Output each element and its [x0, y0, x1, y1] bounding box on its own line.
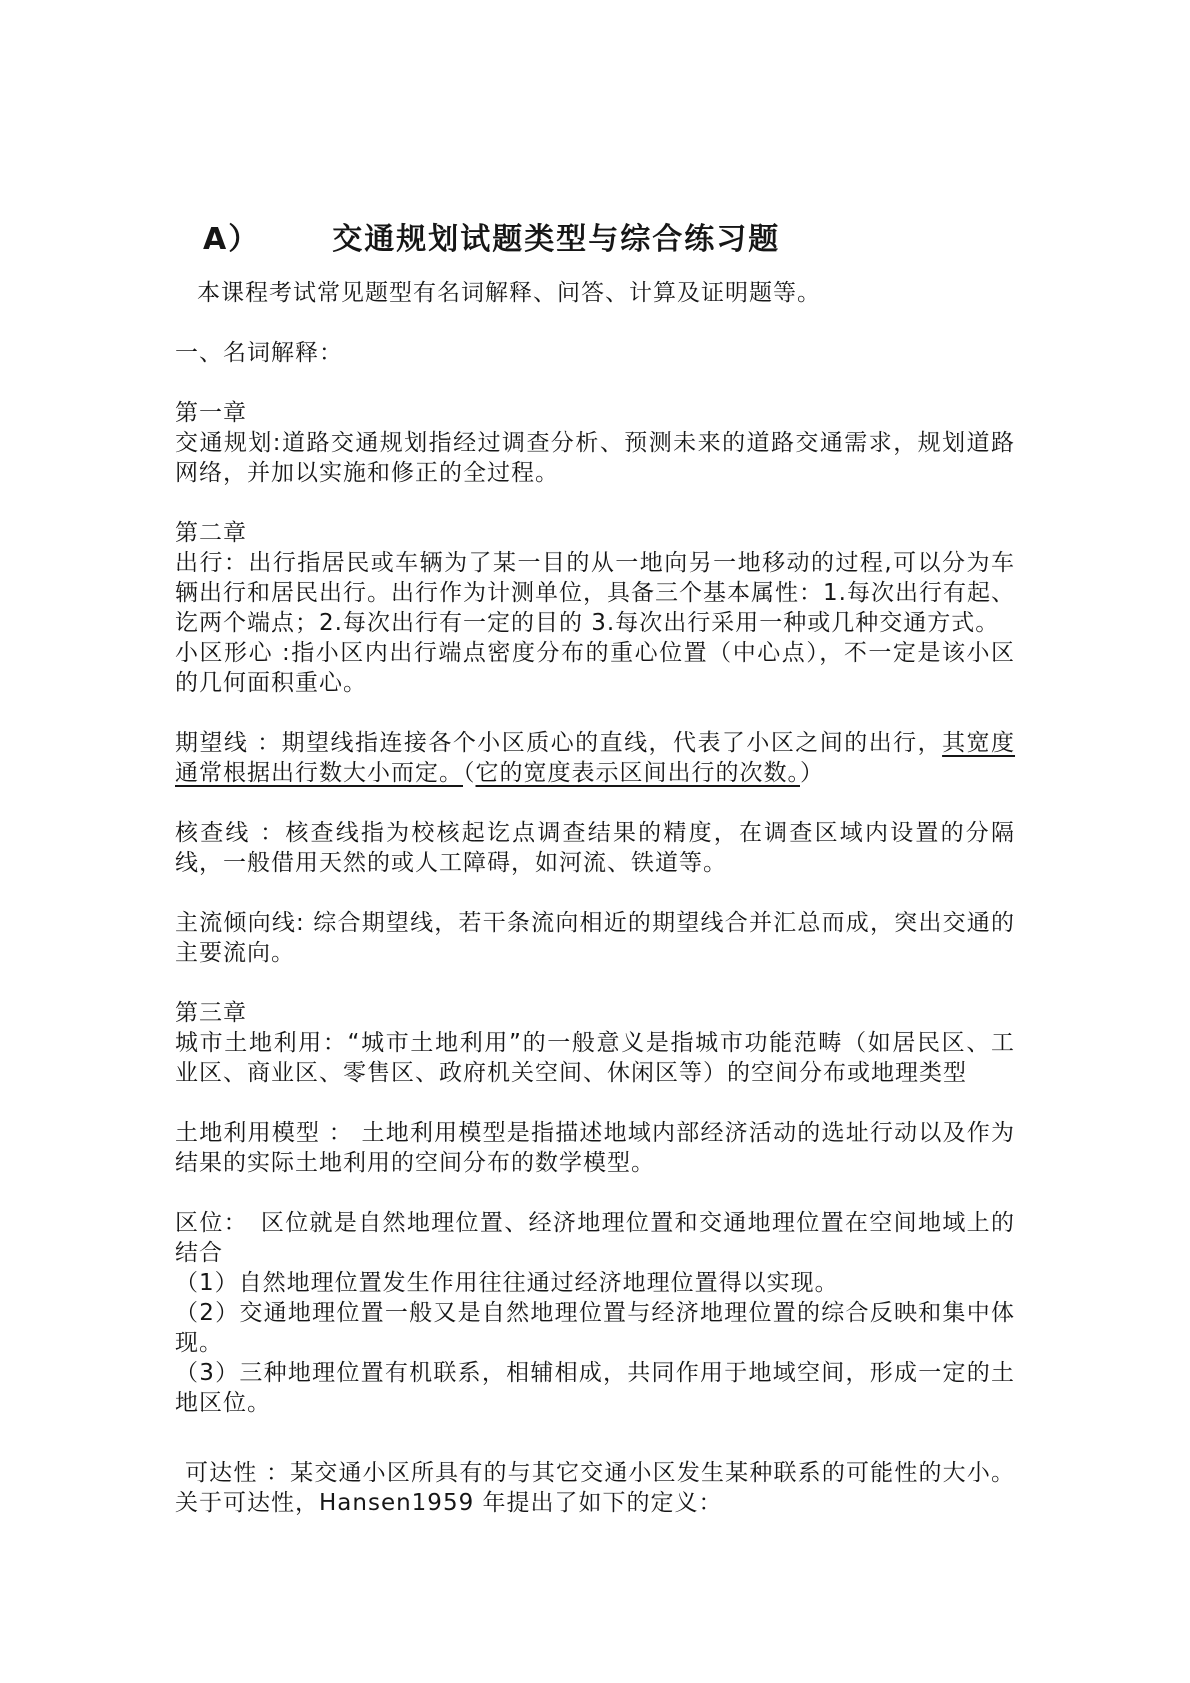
para-trip-definition: 出行：出行指居民或车辆为了某一目的从一地向另一地移动的过程,可以分为车辆出行和居…	[175, 548, 1015, 638]
para-location-item-3: （3）三种地理位置有机联系，相辅相成，共同作用于地域空间，形成一定的土地区位。	[175, 1358, 1015, 1418]
chapter-3-heading: 第三章	[175, 998, 1015, 1028]
chapter-2-heading: 第二章	[175, 518, 1015, 548]
desire-line-text-2: （	[463, 760, 476, 786]
para-main-flow-line: 主流倾向线: 综合期望线，若干条流向相近的期望线合并汇总而成，突出交通的主要流向…	[175, 908, 1015, 968]
chapter-2-block: 第二章 出行：出行指居民或车辆为了某一目的从一地向另一地移动的过程,可以分为车辆…	[175, 518, 1015, 698]
location-block: 区位： 区位就是自然地理位置、经济地理位置和交通地理位置在空间地域上的结合 （1…	[175, 1208, 1015, 1418]
para-location-intro: 区位： 区位就是自然地理位置、经济地理位置和交通地理位置在空间地域上的结合	[175, 1208, 1015, 1268]
para-accessibility: 可达性 ：某交通小区所具有的与其它交通小区发生某种联系的可能性的大小。关于可达性…	[175, 1458, 1015, 1518]
desire-line-underline-2: 它的宽度表示区间出行的次数。	[476, 760, 801, 786]
desire-line-text-3: ）	[800, 760, 824, 786]
para-screen-line: 核查线 ：核查线指为校核起讫点调查结果的精度，在调查区域内设置的分隔线，一般借用…	[175, 818, 1015, 878]
para-zone-centroid: 小区形心 :指小区内出行端点密度分布的重心位置（中心点），不一定是该小区的几何面…	[175, 638, 1015, 698]
section-heading-terms: 一、名词解释：	[175, 338, 1015, 368]
title-list-label: A）	[203, 222, 260, 258]
document-title: A）交通规划试题类型与综合练习题	[175, 222, 1015, 258]
para-traffic-planning: 交通规划:道路交通规划指经过调查分析、预测未来的道路交通需求，规划道路网络，并加…	[175, 428, 1015, 488]
desire-line-text-1: 期望线 ：期望线指连接各个小区质心的直线，代表了小区之间的出行，	[175, 730, 942, 756]
title-text: 交通规划试题类型与综合练习题	[332, 222, 780, 258]
chapter-3-block: 第三章 城市土地利用：“城市土地利用”的一般意义是指城市功能范畴（如居民区、工业…	[175, 998, 1015, 1088]
document-page: A）交通规划试题类型与综合练习题 本课程考试常见题型有名词解释、问答、计算及证明…	[0, 0, 1190, 1683]
chapter-1-block: 第一章 交通规划:道路交通规划指经过调查分析、预测未来的道路交通需求，规划道路网…	[175, 398, 1015, 488]
intro-paragraph: 本课程考试常见题型有名词解释、问答、计算及证明题等。	[175, 278, 1015, 308]
para-land-use-model: 土地利用模型 ： 土地利用模型是指描述地域内部经济活动的选址行动以及作为结果的实…	[175, 1118, 1015, 1178]
para-location-item-2: （2）交通地理位置一般又是自然地理位置与经济地理位置的综合反映和集中体现。	[175, 1298, 1015, 1358]
para-location-item-1: （1）自然地理位置发生作用往往通过经济地理位置得以实现。	[175, 1268, 1015, 1298]
para-desire-line: 期望线 ：期望线指连接各个小区质心的直线，代表了小区之间的出行，其宽度通常根据出…	[175, 728, 1015, 788]
chapter-1-heading: 第一章	[175, 398, 1015, 428]
para-urban-land-use: 城市土地利用：“城市土地利用”的一般意义是指城市功能范畴（如居民区、工业区、商业…	[175, 1028, 1015, 1088]
